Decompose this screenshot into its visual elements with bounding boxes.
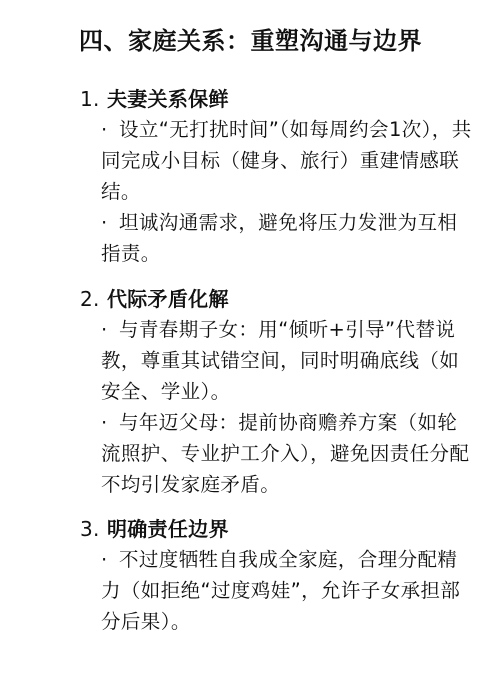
bullet-dot-icon: ·	[101, 114, 119, 145]
section-marriage: 1. 夫妻关系保鲜 ·设立“无打扰时间”（如每周约会1次），共同完成小目标（健身…	[80, 84, 480, 269]
bullet-item: ·与年迈父母：提前协商赡养方案（如轮流照护、专业护工介入），避免因责任分配不均引…	[101, 407, 477, 500]
bullet-dot-icon: ·	[101, 207, 119, 238]
section-title: 夫妻关系保鲜	[107, 87, 229, 111]
bullet-dot-icon: ·	[101, 314, 119, 345]
bullet-text: 坦诚沟通需求，避免将压力发泄为互相指责。	[101, 211, 457, 265]
document-page: 四、家庭关系：重塑沟通与边界 1. 夫妻关系保鲜 ·设立“无打扰时间”（如每周约…	[0, 0, 500, 685]
section-number: 3.	[80, 517, 100, 541]
bullet-text: 与年迈父母：提前协商赡养方案（如轮流照护、专业护工介入），避免因责任分配不均引发…	[101, 411, 469, 496]
section-heading: 1. 夫妻关系保鲜	[80, 84, 480, 114]
bullet-text: 与青春期子女：用“倾听+引导”代替说教，尊重其试错空间，同时明确底线（如安全、学…	[101, 318, 459, 403]
section-title: 代际矛盾化解	[107, 287, 229, 311]
section-heading: 2. 代际矛盾化解	[80, 284, 480, 314]
bullet-item: ·与青春期子女：用“倾听+引导”代替说教，尊重其试错空间，同时明确底线（如安全、…	[101, 314, 477, 407]
page-title: 四、家庭关系：重塑沟通与边界	[79, 24, 422, 58]
section-number: 1.	[80, 87, 100, 111]
bullet-item: ·不过度牺牲自我成全家庭，合理分配精力（如拒绝“过度鸡娃”，允许子女承担部分后果…	[101, 544, 477, 637]
section-number: 2.	[80, 287, 100, 311]
section-title: 明确责任边界	[107, 517, 229, 541]
section-boundaries: 3. 明确责任边界 ·不过度牺牲自我成全家庭，合理分配精力（如拒绝“过度鸡娃”，…	[80, 514, 480, 637]
bullet-dot-icon: ·	[101, 544, 119, 575]
bullet-text: 设立“无打扰时间”（如每周约会1次），共同完成小目标（健身、旅行）重建情感联结。	[101, 118, 472, 203]
bullet-item: ·设立“无打扰时间”（如每周约会1次），共同完成小目标（健身、旅行）重建情感联结…	[101, 114, 477, 207]
bullet-item: ·坦诚沟通需求，避免将压力发泄为互相指责。	[101, 207, 477, 269]
section-heading: 3. 明确责任边界	[80, 514, 480, 544]
bullet-text: 不过度牺牲自我成全家庭，合理分配精力（如拒绝“过度鸡娃”，允许子女承担部分后果）…	[101, 548, 460, 633]
section-generations: 2. 代际矛盾化解 ·与青春期子女：用“倾听+引导”代替说教，尊重其试错空间，同…	[80, 284, 480, 500]
bullet-dot-icon: ·	[101, 407, 119, 438]
